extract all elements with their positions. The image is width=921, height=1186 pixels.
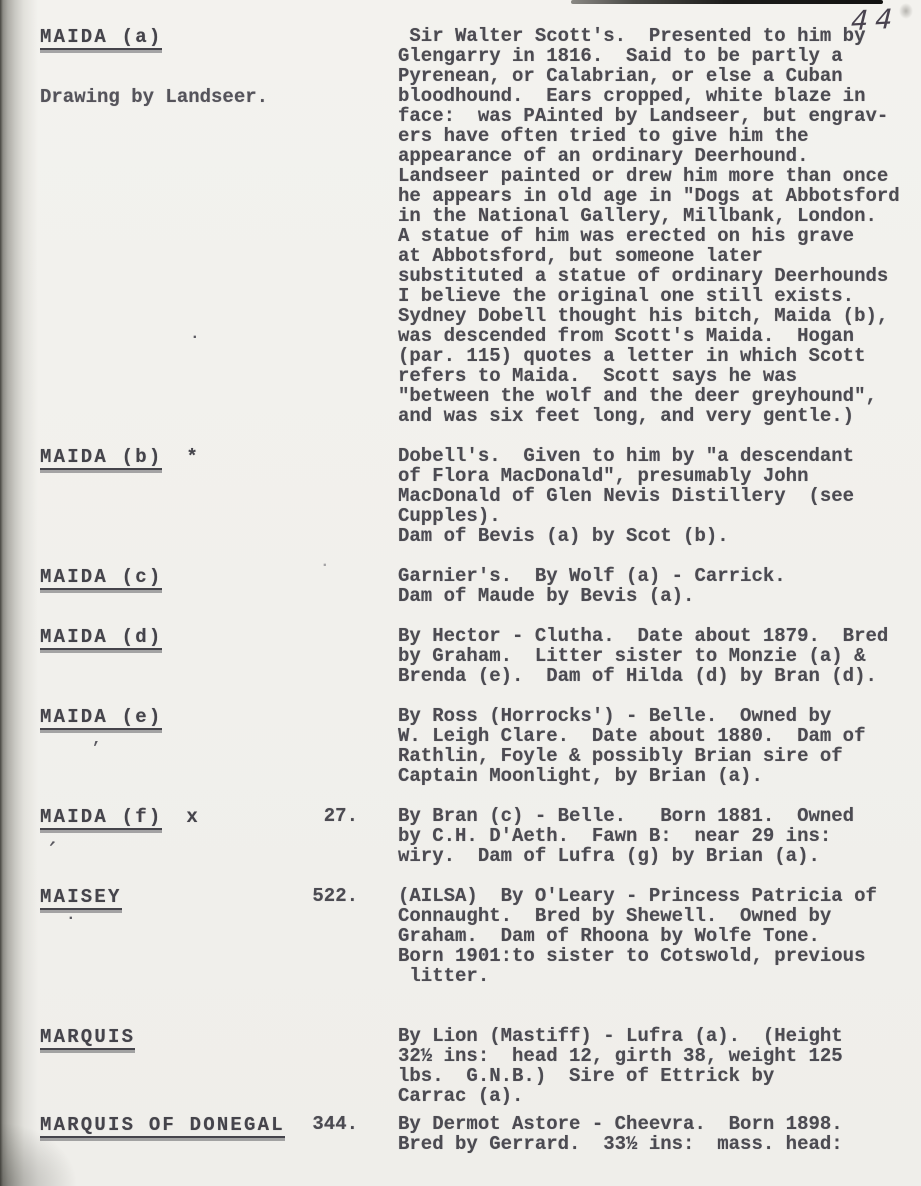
typed-line: Born 1901:to sister to Cotswold, previou… xyxy=(398,946,921,966)
entry-heading: MARQUIS OF DONEGAL xyxy=(40,1115,285,1138)
typed-line: 32½ ins: head 12, girth 38, weight 125 xyxy=(398,1046,921,1066)
typed-line: in the National Gallery, Millbank, Londo… xyxy=(398,206,921,226)
typed-line: Sir Walter Scott's. Presented to him by xyxy=(398,26,921,46)
register-entry: MAIDA (a) Drawing by Landseer. Sir Walte… xyxy=(40,26,921,426)
typed-line: Sydney Dobell thought his bitch, Maida (… xyxy=(398,306,921,326)
typed-line: Landseer painted or drew him more than o… xyxy=(398,166,921,186)
register-entry: MAIDA (f)x 27. By Bran (c) - Belle. Born… xyxy=(40,806,921,866)
entry-register-number xyxy=(298,446,398,546)
entry-description: By Ross (Horrocks') - Belle. Owned byW. … xyxy=(398,706,921,786)
typed-line: by C.H. D'Aeth. Fawn B: near 29 ins: xyxy=(398,826,921,846)
typed-line: ers have often tried to give him the xyxy=(398,126,921,146)
typed-line: by Graham. Litter sister to Monzie (a) & xyxy=(398,646,921,666)
entry-description: By Lion (Mastiff) - Lufra (a). (Height32… xyxy=(398,1026,921,1106)
register-entry: MAIDA (e) By Ross (Horrocks') - Belle. O… xyxy=(40,706,921,786)
typed-line: Brenda (e). Dam of Hilda (d) by Bran (d)… xyxy=(398,666,921,686)
typed-line: and was six feet long, and very gentle.) xyxy=(398,406,921,426)
entry-register-number xyxy=(298,566,398,606)
typed-line: refers to Maida. Scott says he was xyxy=(398,366,921,386)
typed-line: bloodhound. Ears cropped, white blaze in xyxy=(398,86,921,106)
register-entries: MAIDA (a) Drawing by Landseer. Sir Walte… xyxy=(0,26,921,1174)
typed-line: at Abbotsford, but someone later xyxy=(398,246,921,266)
typed-line: Garnier's. By Wolf (a) - Carrick. xyxy=(398,566,921,586)
register-entry: MARQUIS By Lion (Mastiff) - Lufra (a). (… xyxy=(40,1026,921,1106)
entry-marker: * xyxy=(186,446,197,468)
typed-line: Dam of Maude by Bevis (a). xyxy=(398,586,921,606)
typed-line: he appears in old age in "Dogs at Abbots… xyxy=(398,186,921,206)
typed-line: Dobell's. Given to him by "a descendant xyxy=(398,446,921,466)
typed-line: (AILSA) By O'Leary - Princess Patricia o… xyxy=(398,886,921,906)
typed-line: By Lion (Mastiff) - Lufra (a). (Height xyxy=(398,1026,921,1046)
entry-register-number: 344. xyxy=(298,1114,398,1154)
typed-line: "between the wolf and the deer greyhound… xyxy=(398,386,921,406)
typed-line: Pyrenean, or Calabrian, or else a Cuban xyxy=(398,66,921,86)
entry-heading: MARQUIS xyxy=(40,1027,135,1050)
entry-register-number xyxy=(298,626,398,686)
register-entry: MAISEY 522. (AILSA) By O'Leary - Princes… xyxy=(40,886,921,986)
entry-heading: MAIDA (d) xyxy=(40,627,162,650)
entry-register-number xyxy=(298,706,398,786)
entry-register-number xyxy=(298,1026,398,1106)
entry-heading: MAIDA (b) xyxy=(40,447,162,470)
scanned-document-page: 44 MAIDA (a) Drawing by Landseer. Sir Wa… xyxy=(0,0,921,1186)
typed-line: By Dermot Astore - Cheevra. Born 1898. xyxy=(398,1114,921,1134)
entry-heading: MAIDA (f) xyxy=(40,807,162,830)
entry-description: Sir Walter Scott's. Presented to him byG… xyxy=(398,26,921,426)
typed-line: Carrac (a). xyxy=(398,1086,921,1106)
register-entry: MAIDA (d) By Hector - Clutha. Date about… xyxy=(40,626,921,686)
register-entry: MAIDA (b)* Dobell's. Given to him by "a … xyxy=(40,446,921,546)
entry-heading-cell: MAIDA (b)* xyxy=(40,446,298,546)
entry-description: (AILSA) By O'Leary - Princess Patricia o… xyxy=(398,886,921,986)
entry-heading: MAIDA (e) xyxy=(40,707,162,730)
entry-description: By Dermot Astore - Cheevra. Born 1898.Br… xyxy=(398,1114,921,1154)
entry-heading: MAIDA (c) xyxy=(40,567,162,590)
entry-heading-cell: MARQUIS xyxy=(40,1026,298,1106)
typed-line: substituted a statue of ordinary Deerhou… xyxy=(398,266,921,286)
typed-line: Bred by Gerrard. 33½ ins: mass. head: xyxy=(398,1134,921,1154)
typed-line: I believe the original one still exists. xyxy=(398,286,921,306)
entry-heading-cell: MAISEY xyxy=(40,886,298,986)
typed-line: By Bran (c) - Belle. Born 1881. Owned xyxy=(398,806,921,826)
entry-description: By Bran (c) - Belle. Born 1881. Ownedby … xyxy=(398,806,921,866)
entry-heading-cell: MAIDA (d) xyxy=(40,626,298,686)
typed-line: Captain Moonlight, by Brian (a). xyxy=(398,766,921,786)
typed-line: By Ross (Horrocks') - Belle. Owned by xyxy=(398,706,921,726)
ink-speck: . xyxy=(190,325,200,343)
scan-edge-bar xyxy=(571,0,883,4)
typed-line: lbs. G.N.B.) Sire of Ettrick by xyxy=(398,1066,921,1086)
typed-line: Cupples). xyxy=(398,506,921,526)
typed-line: litter. xyxy=(398,966,921,986)
typed-line: face: was PAinted by Landseer, but engra… xyxy=(398,106,921,126)
register-entry: MAIDA (c) Garnier's. By Wolf (a) - Carri… xyxy=(40,566,921,606)
typed-line: Rathlin, Foyle & possibly Brian sire of xyxy=(398,746,921,766)
entry-description: By Hector - Clutha. Date about 1879. Bre… xyxy=(398,626,921,686)
entry-heading-cell: MARQUIS OF DONEGAL xyxy=(40,1114,298,1154)
typed-line: W. Leigh Clare. Date about 1880. Dam of xyxy=(398,726,921,746)
ink-speck: , xyxy=(92,730,102,748)
typed-line: Glengarry in 1816. Said to be partly a xyxy=(398,46,921,66)
entry-marker: x xyxy=(186,806,197,828)
entry-register-number xyxy=(298,26,398,426)
typed-line: MacDonald of Glen Nevis Distillery (see xyxy=(398,486,921,506)
entry-register-number: 522. xyxy=(298,886,398,986)
entry-heading-cell: MAIDA (c) xyxy=(40,566,298,606)
scan-corner-smudge xyxy=(899,3,913,19)
typed-line: Graham. Dam of Rhoona by Wolfe Tone. xyxy=(398,926,921,946)
entry-side-note: Drawing by Landseer. xyxy=(40,86,268,108)
typed-line: appearance of an ordinary Deerhound. xyxy=(398,146,921,166)
typed-line: Dam of Bevis (a) by Scot (b). xyxy=(398,526,921,546)
entry-heading: MAISEY xyxy=(40,887,122,910)
typed-line: of Flora MacDonald", presumably John xyxy=(398,466,921,486)
entry-register-number: 27. xyxy=(298,806,398,866)
typed-line: By Hector - Clutha. Date about 1879. Bre… xyxy=(398,626,921,646)
entry-heading: MAIDA (a) xyxy=(40,27,162,50)
entry-description: Dobell's. Given to him by "a descendanto… xyxy=(398,446,921,546)
ink-speck: . xyxy=(320,553,330,571)
typed-line: Connaught. Bred by Shewell. Owned by xyxy=(398,906,921,926)
entry-description: Garnier's. By Wolf (a) - Carrick.Dam of … xyxy=(398,566,921,606)
typed-line: A statue of him was erected on his grave xyxy=(398,226,921,246)
entry-heading-cell: MAIDA (e) xyxy=(40,706,298,786)
register-entry: MARQUIS OF DONEGAL 344. By Dermot Astore… xyxy=(40,1114,921,1154)
entry-heading-cell: MAIDA (f)x xyxy=(40,806,298,866)
typed-line: wiry. Dam of Lufra (g) by Brian (a). xyxy=(398,846,921,866)
typed-line: was descended from Scott's Maida. Hogan xyxy=(398,326,921,346)
typed-line: (par. 115) quotes a letter in which Scot… xyxy=(398,346,921,366)
entry-heading-cell: MAIDA (a) Drawing by Landseer. xyxy=(40,26,298,426)
ink-speck: . xyxy=(66,906,76,924)
